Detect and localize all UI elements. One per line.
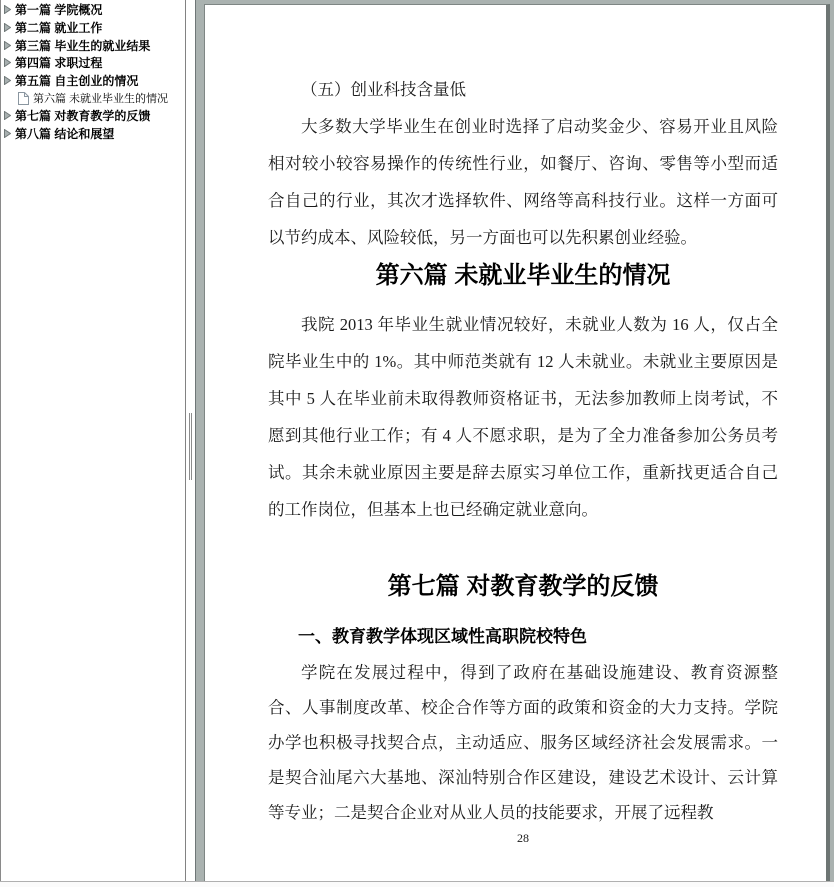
status-bar <box>0 881 834 887</box>
sub-heading-regional-feature: 一、教育教学体现区域性高职院校特色 <box>268 618 778 655</box>
paragraph-college-development: 学院在发展过程中，得到了政府在基础设施建设、教育资源整合、人事制度改革、校企合作… <box>268 655 778 830</box>
paragraph-unemployed: 我院 2013 年毕业生就业情况较好，未就业人数为 16 人，仅占全院毕业生中的… <box>268 306 778 528</box>
expand-arrow-icon[interactable] <box>4 76 11 85</box>
panel-splitter[interactable] <box>187 0 195 881</box>
bookmark-label: 第四篇 求职过程 <box>15 54 102 71</box>
page-number: 28 <box>268 830 778 846</box>
bookmark-item-chapter1[interactable]: 第一篇 学院概况 <box>1 1 185 19</box>
bookmark-label: 第三篇 毕业生的就业结果 <box>15 37 150 54</box>
bookmark-item-chapter2[interactable]: 第二篇 就业工作 <box>1 19 185 37</box>
document-pane[interactable]: （五）创业科技含量低 大多数大学毕业生在创业时选择了启动奖金少、容易开业且风险相… <box>195 0 834 881</box>
bookmark-label: 第八篇 结论和展望 <box>15 125 114 142</box>
bookmark-item-chapter7[interactable]: 第七篇 对教育教学的反馈 <box>1 107 185 125</box>
chapter6-heading: 第六篇 未就业毕业生的情况 <box>268 256 778 296</box>
bookmark-label: 第二篇 就业工作 <box>15 19 102 36</box>
bookmark-item-chapter5[interactable]: 第五篇 自主创业的情况 <box>1 72 185 90</box>
bookmark-item-chapter8[interactable]: 第八篇 结论和展望 <box>1 125 185 143</box>
expand-arrow-icon[interactable] <box>4 5 11 14</box>
page-icon <box>18 92 29 105</box>
bookmark-label: 第五篇 自主创业的情况 <box>15 72 138 89</box>
expand-arrow-icon[interactable] <box>4 58 11 67</box>
expand-arrow-icon[interactable] <box>4 41 11 50</box>
pdf-reader-window: 第一篇 学院概况 第二篇 就业工作 第三篇 毕业生的就业结果 第四篇 求职过程 … <box>0 0 834 887</box>
bookmark-label: 第六篇 未就业毕业生的情况 <box>33 90 168 106</box>
splitter-grip-icon[interactable] <box>189 413 192 480</box>
bookmark-label: 第七篇 对教育教学的反馈 <box>15 107 150 124</box>
bookmarks-panel: 第一篇 学院概况 第二篇 就业工作 第三篇 毕业生的就业结果 第四篇 求职过程 … <box>0 0 186 881</box>
expand-arrow-icon[interactable] <box>4 23 11 32</box>
paragraph-entrepreneurship: 大多数大学毕业生在创业时选择了启动奖金少、容易开业且风险相对较小较容易操作的传统… <box>268 108 778 256</box>
expand-arrow-icon[interactable] <box>4 129 11 138</box>
section-heading: （五）创业科技含量低 <box>268 71 778 108</box>
chapter7-heading: 第七篇 对教育教学的反馈 <box>268 567 778 607</box>
expand-arrow-icon[interactable] <box>4 111 11 120</box>
bookmark-label: 第一篇 学院概况 <box>15 1 102 18</box>
bookmark-item-chapter3[interactable]: 第三篇 毕业生的就业结果 <box>1 36 185 54</box>
page-content: （五）创业科技含量低 大多数大学毕业生在创业时选择了启动奖金少、容易开业且风险相… <box>205 5 826 846</box>
bookmark-item-chapter6[interactable]: 第六篇 未就业毕业生的情况 <box>1 89 185 107</box>
bookmark-item-chapter4[interactable]: 第四篇 求职过程 <box>1 54 185 72</box>
document-page: （五）创业科技含量低 大多数大学毕业生在创业时选择了启动奖金少、容易开业且风险相… <box>204 4 830 881</box>
